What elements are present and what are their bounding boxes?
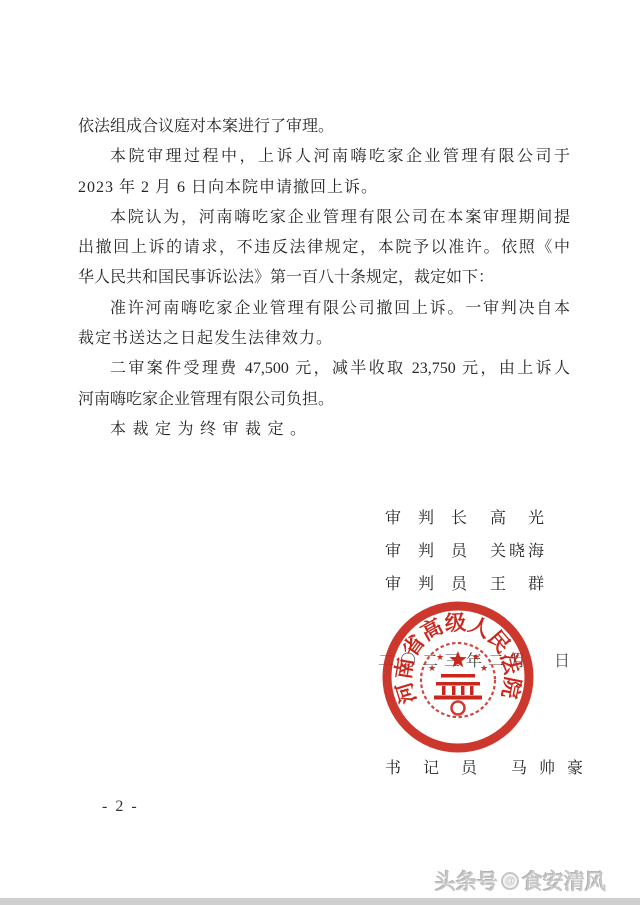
svg-text:★: ★ <box>428 664 436 674</box>
body-line: 河南嗨吃家企业管理有限公司负担。 <box>78 385 570 415</box>
judge-title: 审判员 <box>385 571 484 594</box>
body-line: 本院认为，河南嗨吃家企业管理有限公司在本案审理期间提 <box>78 203 570 233</box>
svg-text:★: ★ <box>472 653 480 663</box>
ruling-body-text: 依法组成合议庭对本案进行了审理。 本院审理过程中，上诉人河南嗨吃家企业管理有限公… <box>78 112 570 445</box>
watermark: 头条号 @ 食安清风 <box>435 866 606 896</box>
body-line: 本院审理过程中，上诉人河南嗨吃家企业管理有限公司于 <box>78 142 570 172</box>
signature-row: 审判员 关晓海 <box>385 538 547 571</box>
body-line: 依法组成合议庭对本案进行了审理。 <box>78 112 570 142</box>
svg-text:★: ★ <box>480 664 488 674</box>
body-line: 2023 年 2 月 6 日向本院申请撤回上诉。 <box>78 173 570 203</box>
watermark-prefix: 头条号 <box>435 866 498 896</box>
court-seal-graphic: 河南省高级人民法院 ★ ★ ★ ★ <box>379 598 537 756</box>
judge-name: 高 光 <box>490 505 547 528</box>
judge-title: 审判员 <box>385 538 484 561</box>
signature-row: 审判长 高 光 <box>385 505 547 538</box>
watermark-handle: 食安清风 <box>522 866 606 896</box>
clerk-title: 书记员 <box>385 755 499 778</box>
clerk-row: 书记员 马帅豪 <box>385 755 595 778</box>
bottom-edge-strip <box>0 898 640 905</box>
court-seal: 河南省高级人民法院 ★ ★ ★ ★ <box>379 598 537 756</box>
page-number: - 2 - <box>102 798 139 816</box>
body-line: 华人民共和国民事诉讼法》第一百八十条规定，裁定如下： <box>78 263 570 293</box>
body-line: 二审案件受理费 47,500 元，减半收取 23,750 元，由上诉人 <box>78 354 570 384</box>
judge-name: 王 群 <box>490 571 547 594</box>
clerk-name: 马帅豪 <box>511 755 595 778</box>
at-circle-icon: @ <box>501 872 519 890</box>
body-line: 本裁定为终审裁定。 <box>78 415 570 445</box>
signature-block: 审判长 高 光 审判员 关晓海 审判员 王 群 <box>385 505 547 604</box>
judge-title: 审判长 <box>385 505 484 528</box>
svg-text:★: ★ <box>436 653 444 663</box>
national-emblem-icon: ★ ★ ★ ★ <box>428 651 488 700</box>
body-line: 出撤回上诉的请求，不违反法律规定，本院予以准许。依照《中 <box>78 233 570 263</box>
judge-name: 关晓海 <box>490 538 547 561</box>
body-line: 准许河南嗨吃家企业管理有限公司撤回上诉。一审判决自本 <box>78 294 570 324</box>
body-line: 裁定书送达之日起发生法律效力。 <box>78 324 570 354</box>
